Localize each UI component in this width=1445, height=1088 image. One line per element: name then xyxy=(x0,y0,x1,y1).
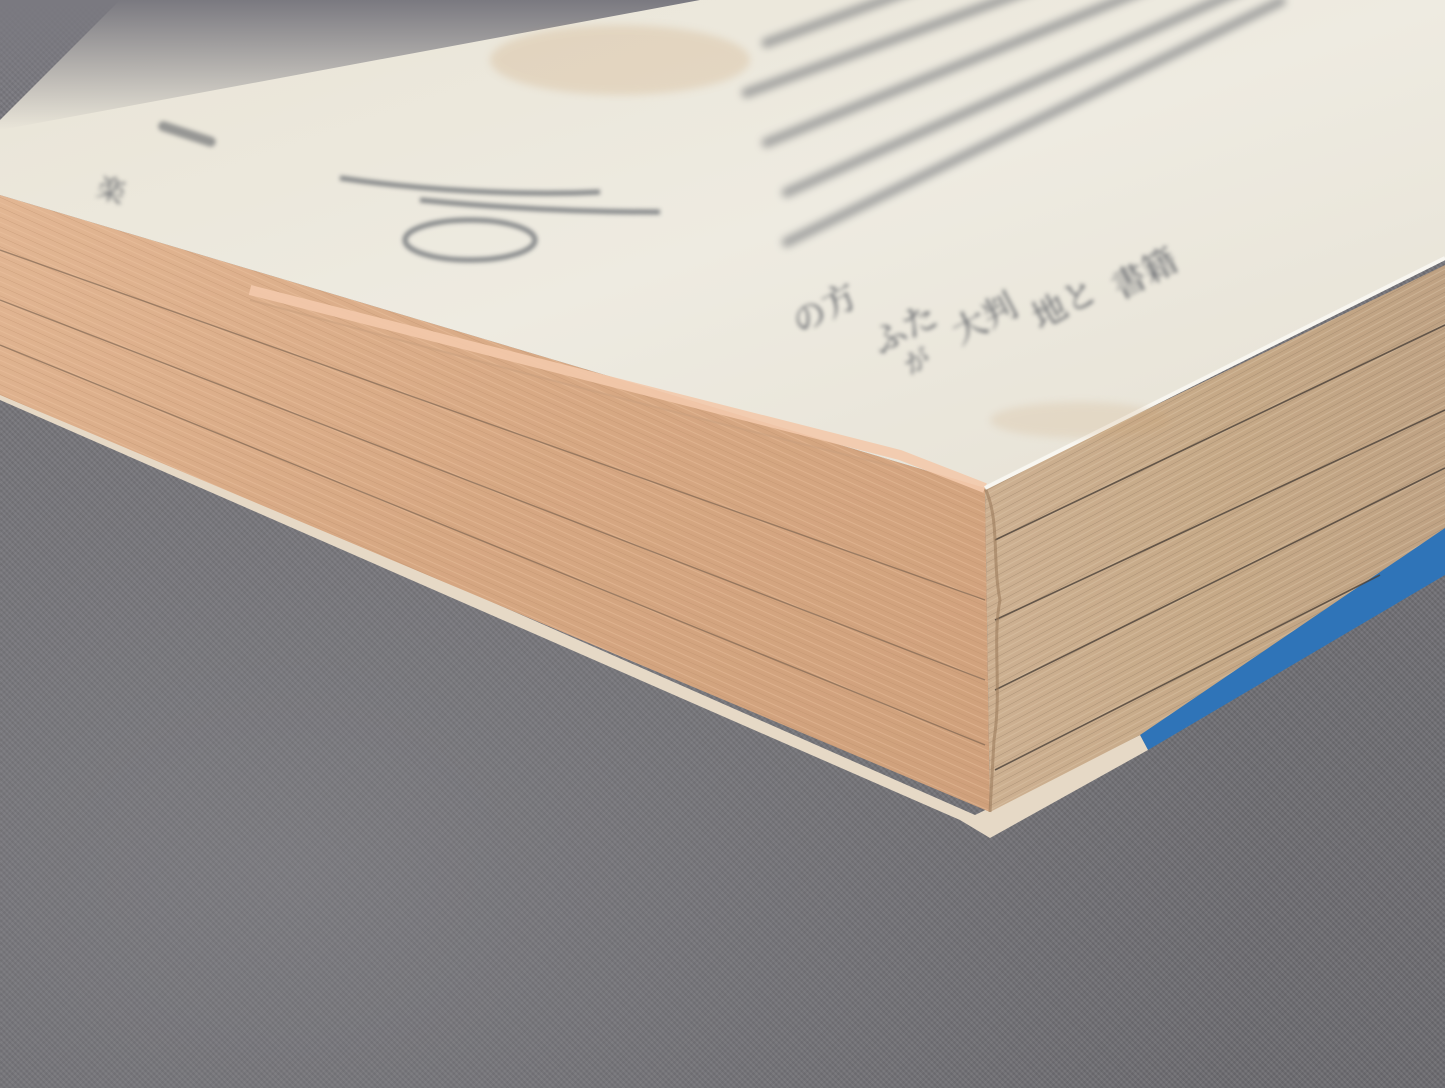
photo-scene: Corner of an old paperback book showing … xyxy=(0,0,1445,1088)
book-illustration: 書籍 地と 大判 ふた の方 が 1/10 楽 xyxy=(0,0,1445,1088)
